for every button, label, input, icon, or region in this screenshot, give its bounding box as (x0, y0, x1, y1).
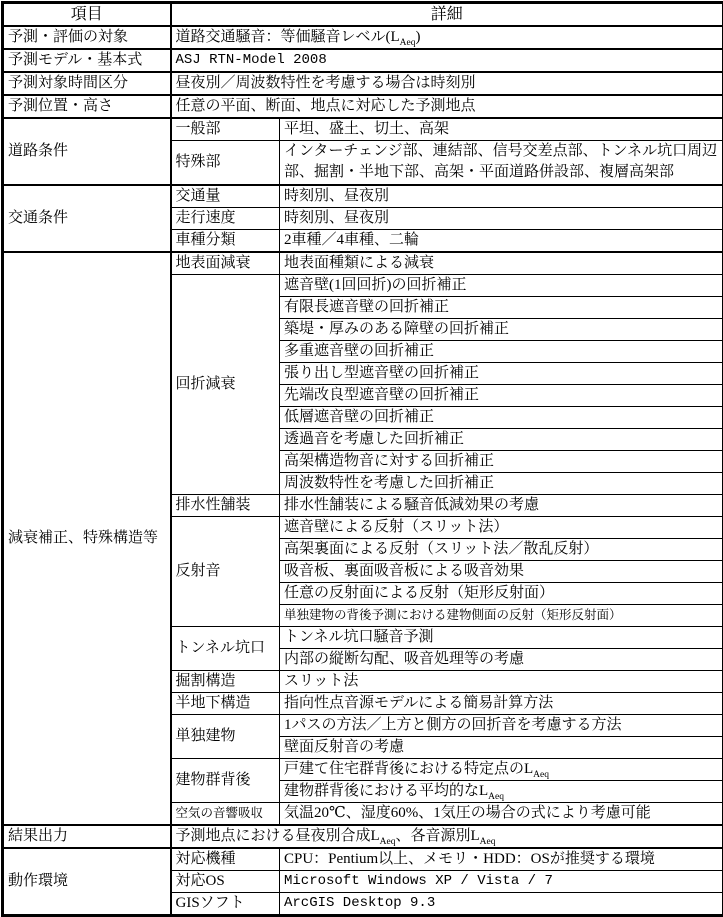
detail-prediction-target: 道路交通騒音：等価騒音レベル(LAeq) (171, 26, 723, 49)
label-prediction-target: 予測・評価の対象 (3, 26, 171, 49)
label-prediction-position: 予測位置・高さ (3, 95, 171, 118)
detail-text: 、各音源別L (396, 828, 480, 844)
detail-single-building-0: 1パスの方法／上方と側方の回折音を考慮する方法 (280, 714, 723, 736)
detail-text: ) (416, 29, 421, 45)
detail-diffraction-8: 高架構造物音に対する回折補正 (280, 450, 723, 472)
sublabel-road-special: 特殊部 (171, 141, 280, 185)
detail-traffic-vehicle-class: 2車種／4車種、二輪 (280, 229, 723, 252)
row-prediction-time: 予測対象時間区分 昼夜別／周波数特性を考慮する場合は時刻別 (3, 72, 723, 95)
detail-env-gis: ArcGIS Desktop 9.3 (280, 892, 723, 915)
sublabel-reflection: 反射音 (171, 516, 280, 626)
sublabel-semi-underground: 半地下構造 (171, 692, 280, 714)
detail-drainage-pavement: 排水性舗装による騒音低減効果の考慮 (280, 494, 723, 516)
detail-env-hardware: CPU：Pentium以上、メモリ・HDD：OSが推奨する環境 (280, 848, 723, 871)
detail-tunnel-0: トンネル坑口騒音予測 (280, 626, 723, 648)
sublabel-surface-attenuation: 地表面減衰 (171, 252, 280, 275)
header-item-cell: 項目 (3, 3, 171, 27)
laeq-subscript: Aeq (533, 770, 549, 780)
detail-semi-underground: 指向性点音源モデルによる簡易計算方法 (280, 692, 723, 714)
detail-diffraction-2: 築堤・厚みのある障壁の回折補正 (280, 318, 723, 340)
detail-prediction-position: 任意の平面、断面、地点に対応した予測地点 (171, 95, 723, 118)
detail-building-group-0: 戸建て住宅群背後における特定点のLAeq (280, 758, 723, 780)
detail-diffraction-4: 張り出し型遮音壁の回折補正 (280, 362, 723, 384)
detail-road-special: インターチェンジ部、連結部、信号交差点部、トンネル坑口周辺部、掘割・半地下部、高… (280, 141, 723, 185)
sublabel-drainage-pavement: 排水性舗装 (171, 494, 280, 516)
detail-diffraction-7: 透過音を考慮した回折補正 (280, 428, 723, 450)
detail-text: 戸建て住宅群背後における特定点のL (284, 761, 533, 777)
detail-surface-attenuation: 地表面種類による減衰 (280, 252, 723, 275)
sublabel-env-os: 対応OS (171, 870, 280, 892)
sublabel-road-general: 一般部 (171, 118, 280, 141)
detail-reflection-4: 単独建物の背後予測における建物側面の反射（矩形反射面） (280, 604, 723, 626)
detail-diffraction-6: 低層遮音壁の回折補正 (280, 406, 723, 428)
detail-text: 建物群背後における平均的なL (284, 783, 488, 799)
detail-road-general: 平坦、盛土、切土、高架 (280, 118, 723, 141)
detail-tunnel-1: 内部の縦断勾配、吸音処理等の考慮 (280, 648, 723, 670)
detail-reflection-0: 遮音壁による反射（スリット法） (280, 516, 723, 538)
sublabel-single-building: 単独建物 (171, 714, 280, 758)
detail-cut-structure: スリット法 (280, 670, 723, 692)
laeq-subscript: Aeq (488, 792, 504, 802)
row-result-output: 結果出力 予測地点における昼夜別合成LAeq、各音源別LAeq (3, 825, 723, 848)
label-road-section: 道路条件 (3, 118, 171, 185)
sublabel-env-gis: GISソフト (171, 892, 280, 915)
row-prediction-target: 予測・評価の対象 道路交通騒音：等価騒音レベル(LAeq) (3, 26, 723, 49)
label-result-output: 結果出力 (3, 825, 171, 848)
detail-traffic-volume: 時刻別、昼夜別 (280, 185, 723, 208)
header-detail-cell: 詳細 (171, 3, 723, 27)
row-atten-surface: 減衰補正、特殊構造等 地表面減衰 地表面種類による減衰 (3, 252, 723, 275)
detail-reflection-1: 高架裏面による反射（スリット法／散乱反射） (280, 538, 723, 560)
table-header-row: 項目 詳細 (3, 3, 723, 27)
detail-traffic-speed: 時刻別、昼夜別 (280, 207, 723, 229)
detail-reflection-2: 吸音板、裏面吸音板による吸音効果 (280, 560, 723, 582)
row-prediction-position: 予測位置・高さ 任意の平面、断面、地点に対応した予測地点 (3, 95, 723, 118)
detail-diffraction-0: 遮音壁(1回回折)の回折補正 (280, 274, 723, 296)
laeq-subscript: Aeq (400, 38, 416, 48)
sublabel-traffic-vehicle-class: 車種分類 (171, 229, 280, 252)
detail-air-absorption: 気温20℃、湿度60%、1気圧の場合の式により考慮可能 (280, 802, 723, 825)
sublabel-traffic-volume: 交通量 (171, 185, 280, 208)
sublabel-traffic-speed: 走行速度 (171, 207, 280, 229)
label-attenuation-section: 減衰補正、特殊構造等 (3, 252, 171, 825)
row-env-hardware: 動作環境 対応機種 CPU：Pentium以上、メモリ・HDD：OSが推奨する環… (3, 848, 723, 871)
detail-prediction-model: ASJ RTN-Model 2008 (171, 49, 723, 72)
laeq-subscript: Aeq (480, 837, 496, 847)
detail-single-building-1: 壁面反射音の考慮 (280, 736, 723, 758)
sublabel-tunnel-mouth: トンネル坑口 (171, 626, 280, 670)
sublabel-env-hardware: 対応機種 (171, 848, 280, 871)
label-environment-section: 動作環境 (3, 848, 171, 916)
row-road-general: 道路条件 一般部 平坦、盛土、切土、高架 (3, 118, 723, 141)
sublabel-diffraction: 回折減衰 (171, 274, 280, 494)
detail-text: 予測地点における昼夜別合成L (176, 828, 380, 844)
label-traffic-section: 交通条件 (3, 185, 171, 252)
detail-reflection-3: 任意の反射面による反射（矩形反射面） (280, 582, 723, 604)
spec-table: 項目 詳細 予測・評価の対象 道路交通騒音：等価騒音レベル(LAeq) 予測モデ… (1, 1, 723, 917)
detail-text: 道路交通騒音：等価騒音レベル(L (176, 29, 400, 45)
detail-diffraction-1: 有限長遮音壁の回折補正 (280, 296, 723, 318)
detail-building-group-1: 建物群背後における平均的なLAeq (280, 780, 723, 802)
detail-diffraction-5: 先端改良型遮音壁の回折補正 (280, 384, 723, 406)
detail-diffraction-3: 多重遮音壁の回折補正 (280, 340, 723, 362)
detail-prediction-time: 昼夜別／周波数特性を考慮する場合は時刻別 (171, 72, 723, 95)
row-traffic-volume: 交通条件 交通量 時刻別、昼夜別 (3, 185, 723, 208)
sublabel-air-absorption: 空気の音響吸収 (171, 802, 280, 825)
laeq-subscript: Aeq (380, 837, 396, 847)
label-prediction-time: 予測対象時間区分 (3, 72, 171, 95)
sublabel-cut-structure: 掘割構造 (171, 670, 280, 692)
detail-diffraction-9: 周波数特性を考慮した回折補正 (280, 472, 723, 494)
detail-result-output: 予測地点における昼夜別合成LAeq、各音源別LAeq (171, 825, 723, 848)
sublabel-building-group: 建物群背後 (171, 758, 280, 802)
detail-env-os: Microsoft Windows XP / Vista / 7 (280, 870, 723, 892)
label-prediction-model: 予測モデル・基本式 (3, 49, 171, 72)
row-prediction-model: 予測モデル・基本式 ASJ RTN-Model 2008 (3, 49, 723, 72)
